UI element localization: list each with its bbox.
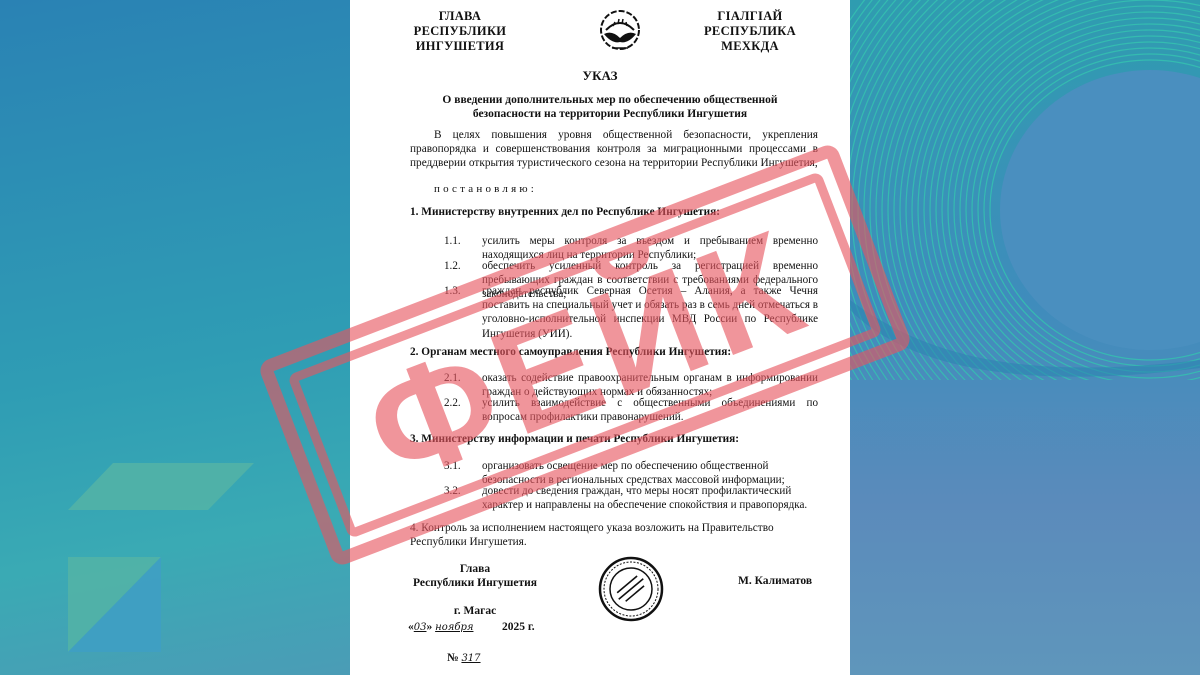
decree-date: «03» ноября 2025 г. xyxy=(408,621,535,633)
item-number: 1.3. xyxy=(444,284,474,298)
item-number: 3.1. xyxy=(444,459,474,473)
list-item: 2.2. усилить взаимодействие с общественн… xyxy=(444,396,818,424)
date-year: 2025 г. xyxy=(502,621,535,633)
header-right-line: МЕХКДА xyxy=(680,39,820,54)
coat-of-arms-icon xyxy=(598,8,642,54)
subtitle-line: О введении дополнительных мер по обеспеч… xyxy=(410,93,810,107)
brand-logo-icon xyxy=(0,0,350,675)
section-heading: 1. Министерству внутренних дел по Респуб… xyxy=(410,206,720,218)
list-item: 1.3. граждан республик Северная Осетия –… xyxy=(444,284,818,341)
city: г. Магас xyxy=(405,605,545,617)
decree-number: № 317 xyxy=(447,652,495,664)
section-heading: 3. Министерству информации и печати Респ… xyxy=(410,433,739,445)
clause-4: 4. Контроль за исполнением настоящего ук… xyxy=(410,521,818,549)
item-number: 1.2. xyxy=(444,259,474,273)
list-item: 3.2. довести до сведения граждан, что ме… xyxy=(444,484,818,512)
item-text: усилить взаимодействие с общественными о… xyxy=(482,396,818,424)
header-left: ГЛАВА РЕСПУБЛИКИ ИНГУШЕТИЯ xyxy=(400,9,520,54)
header-right-line: РЕСПУБЛИКА xyxy=(680,24,820,39)
official-seal-icon xyxy=(598,556,664,622)
document-title: УКАЗ xyxy=(350,68,850,84)
preamble: В целях повышения уровня общественной бе… xyxy=(410,128,818,171)
item-text: граждан республик Северная Осетия – Алан… xyxy=(482,284,818,341)
document-subtitle: О введении дополнительных мер по обеспеч… xyxy=(410,93,810,121)
item-number: 1.1. xyxy=(444,234,474,248)
header-right-line: ГIАЛГIАЙ xyxy=(680,9,820,24)
header-left-line: РЕСПУБЛИКИ xyxy=(400,24,520,39)
signature-title: Глава Республики Ингушетия xyxy=(405,562,545,590)
number-label: № xyxy=(447,652,459,664)
date-day: 03 xyxy=(414,622,427,633)
item-number: 2.1. xyxy=(444,371,474,385)
concentric-arcs-decoration xyxy=(850,0,1200,675)
subtitle-line: безопасности на территории Республики Ин… xyxy=(410,107,810,121)
decree-document: ГЛАВА РЕСПУБЛИКИ ИНГУШЕТИЯ ГIАЛГIАЙ РЕСП… xyxy=(350,0,850,675)
signature-title-line: Глава xyxy=(405,562,545,576)
header-left-line: ИНГУШЕТИЯ xyxy=(400,39,520,54)
header-right: ГIАЛГIАЙ РЕСПУБЛИКА МЕХКДА xyxy=(680,9,820,54)
header-left-line: ГЛАВА xyxy=(400,9,520,24)
decree-word: постановляю: xyxy=(434,183,537,195)
date-month: ноября xyxy=(435,622,499,633)
item-text: довести до сведения граждан, что меры но… xyxy=(482,484,818,512)
background-decoration-right xyxy=(850,0,1200,675)
item-number: 2.2. xyxy=(444,396,474,410)
section-heading: 2. Органам местного самоуправления Респу… xyxy=(410,346,731,358)
signature-title-line: Республики Ингушетия xyxy=(405,576,545,590)
signatory-name: М. Калиматов xyxy=(738,575,812,587)
item-number: 3.2. xyxy=(444,484,474,498)
number-value: 317 xyxy=(461,653,495,664)
